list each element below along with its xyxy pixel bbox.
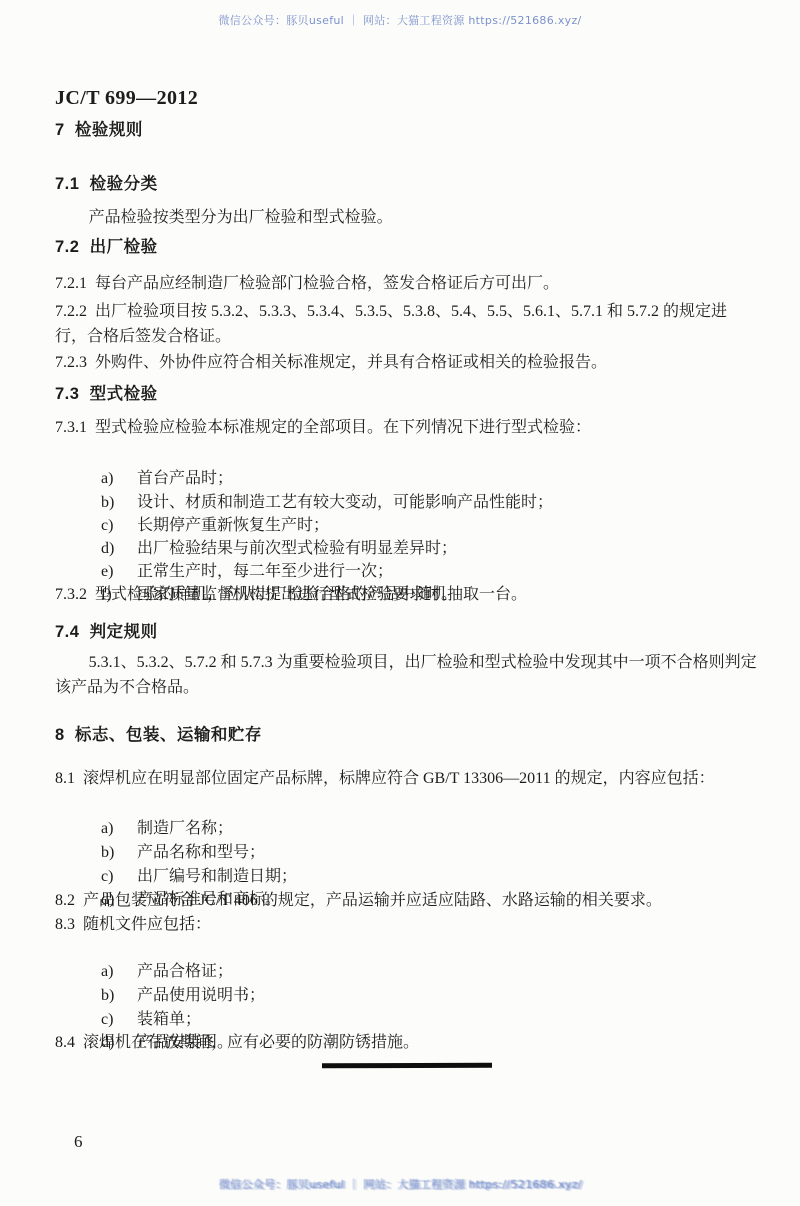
watermark-bottom: 微信公众号：豚贝useful ｜ 网站：大猫工程资源 https://52168… <box>0 1176 800 1192</box>
section-7-4-body: 5.3.1、5.3.2、5.7.2 和 5.7.3 为重要检验项目，出厂检验和型… <box>55 650 757 700</box>
clause-8-4: 8.4 滚焊机在存放期间，应有必要的防潮防锈措施。 <box>55 1030 757 1055</box>
chapter7-title: 7 检验规则 <box>55 118 757 143</box>
clause-7-2-1: 7.2.1 每台产品应经制造厂检验部门检验合格，签发合格证后方可出厂。 <box>55 271 757 296</box>
watermark-top: 微信公众号：豚贝useful ｜ 网站：大猫工程资源 https://52168… <box>0 12 800 28</box>
section-7-2-title: 7.2 出厂检验 <box>55 235 757 260</box>
section-7-1-body: 产品检验按类型分为出厂检验和型式检验。 <box>55 205 757 230</box>
clause-8-1: 8.1 滚焊机应在明显部位固定产品标牌，标牌应符合 GB/T 13306—201… <box>55 766 757 791</box>
clause-7-3-2: 7.3.2 型式检验的样机，应从出厂检验合格的产品中随机抽取一台。 <box>55 582 757 607</box>
section-7-4-title: 7.4 判定规则 <box>55 620 757 645</box>
document-page: 微信公众号：豚贝useful ｜ 网站：大猫工程资源 https://52168… <box>0 0 800 1206</box>
clause-8-3: 8.3 随机文件应包括： <box>55 912 757 937</box>
clause-7-3-1: 7.3.1 型式检验应检验本标准规定的全部项目。在下列情况下进行型式检验： <box>55 415 757 440</box>
clause-8-2: 8.2 产品包装应符合 JC/T 406 的规定，产品运输并应适应陆路、水路运输… <box>55 888 757 913</box>
chapter8-title: 8 标志、包装、运输和贮存 <box>55 723 757 748</box>
section-7-1-title: 7.1 检验分类 <box>55 172 757 197</box>
clause-7-2-3: 7.2.3 外购件、外协件应符合相关标准规定，并具有合格证或相关的检验报告。 <box>55 350 757 375</box>
section-7-3-title: 7.3 型式检验 <box>55 382 757 407</box>
clause-7-2-2: 7.2.2 出厂检验项目按 5.3.2、5.3.3、5.3.4、5.3.5、5.… <box>55 299 757 349</box>
page-number: 6 <box>74 1132 83 1152</box>
standard-number: JC/T 699—2012 <box>55 86 757 111</box>
end-of-text-bar <box>322 1063 492 1068</box>
